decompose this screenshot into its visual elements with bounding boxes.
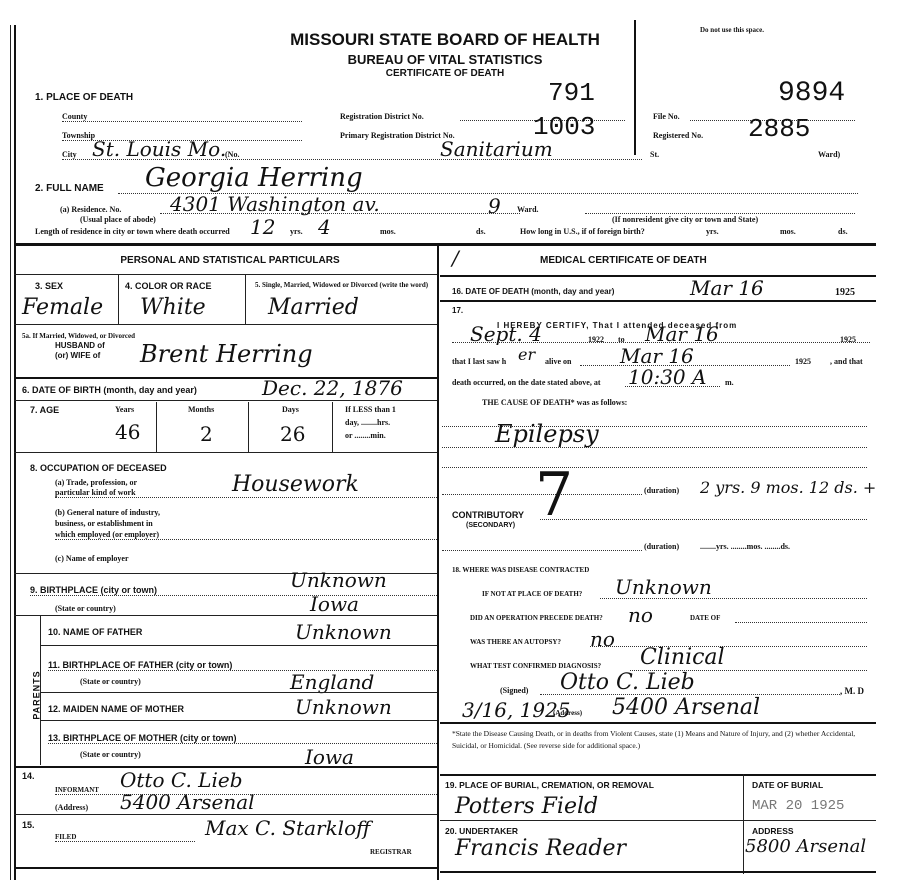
abode-note: (Usual place of abode) — [80, 215, 156, 224]
file-no-label: File No. — [653, 112, 680, 121]
footnote: *State the Disease Causing Death, or in … — [452, 728, 870, 752]
attended-from-year: 1922 — [588, 335, 604, 344]
reg-district-label: Registration District No. — [340, 112, 424, 121]
informant-address-value: 5400 Arsenal — [120, 790, 255, 814]
cause-value: Epilepsy — [495, 420, 599, 448]
operation-label: Did an operation precede death? — [470, 614, 603, 622]
rule — [40, 615, 41, 765]
rule — [440, 300, 876, 302]
dod-year: 1925 — [835, 287, 855, 298]
age-days-value: 26 — [280, 422, 305, 446]
full-name-label: 2. FULL NAME — [35, 183, 104, 194]
undertaker-address-label: ADDRESS — [752, 826, 794, 836]
last-saw-pronoun: er — [518, 345, 535, 364]
burial-date-label: DATE OF BURIAL — [752, 780, 823, 790]
mother-bp-label: 13. BIRTHPLACE OF MOTHER (city or town) — [48, 733, 237, 743]
full-name-value: Georgia Herring — [145, 163, 363, 193]
marital-value: Married — [268, 295, 359, 320]
attended-to: Mar 16 — [645, 322, 719, 346]
column-divider — [437, 246, 439, 880]
undertaker-label: 20. UNDERTAKER — [445, 826, 518, 836]
rule — [40, 720, 437, 721]
rule — [248, 402, 249, 452]
test-label: What test confirmed diagnosis? — [470, 662, 601, 670]
md-label: , M. D — [840, 686, 864, 696]
autopsy-label: Was there an autopsy? — [470, 638, 561, 646]
contracted-label: 18. Where was disease contracted — [452, 566, 589, 574]
burial-date-value: MAR 20 1925 — [752, 798, 844, 814]
yrs-label: yrs. — [290, 227, 303, 236]
dob-value: Dec. 22, 1876 — [262, 376, 403, 400]
not-at-place-label: if not at place of death? — [482, 590, 582, 598]
foreign-mos-label: mos. — [780, 227, 796, 236]
contributory-line — [540, 519, 867, 520]
ward-value: 9 — [488, 194, 501, 218]
dob-label: 6. DATE OF BIRTH (month, day and year) — [22, 385, 197, 395]
nonresident-line — [585, 213, 855, 214]
rule — [40, 692, 437, 693]
file-number-stamp: 9894 — [778, 78, 845, 109]
informant-value: Otto C. Lieb — [120, 768, 243, 792]
length-yrs-value: 12 — [250, 215, 275, 239]
left-border-inner — [10, 25, 11, 880]
and-that-label: , and that — [830, 357, 863, 366]
county-label: County — [62, 112, 87, 121]
check-mark: / — [452, 246, 459, 270]
attended-to-year: 1925 — [840, 335, 856, 344]
occ-b-label-3: which employed (or employer) — [55, 530, 159, 539]
age-years-value: 46 — [115, 420, 140, 444]
registered-no-value: 2885 — [748, 114, 810, 144]
time-value: 10:30 A — [628, 365, 706, 389]
rule — [14, 615, 437, 616]
rule — [440, 722, 876, 724]
personal-section-title: PERSONAL AND STATISTICAL PARTICULARS — [80, 255, 380, 266]
date-of-line — [735, 622, 867, 623]
do-not-use-note: Do not use this space. — [700, 26, 764, 34]
form-subtitle: BUREAU OF VITAL STATISTICS — [255, 52, 635, 67]
rule — [14, 324, 437, 325]
last-saw-label: that I last saw h — [452, 357, 506, 366]
primary-reg-label: Primary Registration District No. — [340, 131, 455, 140]
signed-label: (Signed) — [500, 686, 528, 695]
age-months-value: 2 — [200, 422, 213, 446]
mos-label: mos. — [380, 227, 396, 236]
race-label: 4. COLOR OR RACE — [125, 281, 212, 291]
institution-value: Sanitarium — [440, 137, 553, 161]
cause-line-3 — [442, 467, 867, 468]
months-label: Months — [188, 405, 214, 414]
father-bp-label: 11. BIRTHPLACE OF FATHER (city or town) — [48, 660, 232, 670]
signed-value: Otto C. Lieb — [560, 670, 695, 695]
mother-bp-state-label: (State or country) — [80, 750, 141, 759]
rule — [440, 774, 876, 776]
autopsy-value: no — [590, 627, 615, 651]
occ-a-label-2: particular kind of work — [55, 488, 136, 497]
occ-c-label: (c) Name of employer — [55, 554, 129, 563]
rule — [440, 275, 876, 277]
birthplace-city-value: Unknown — [290, 568, 387, 592]
occ-b-field: which employed (or employer) — [55, 530, 437, 540]
residence-label: (a) Residence. No. — [60, 205, 121, 214]
date-of-label: Date of — [690, 614, 720, 622]
undertaker-address-value: 5800 Arsenal — [745, 836, 866, 857]
age-label: 7. AGE — [30, 405, 59, 415]
sign-address-value: 5400 Arsenal — [612, 695, 760, 720]
ward-label: Ward) — [818, 150, 840, 159]
rule — [14, 274, 437, 275]
medical-section-title: MEDICAL CERTIFICATE OF DEATH — [540, 255, 707, 266]
race-value: White — [140, 295, 206, 320]
residence-value: 4301 Washington av. — [170, 192, 380, 216]
foreign-birth-label: How long in U.S., if of foreign birth? — [520, 227, 645, 236]
mother-value: Unknown — [295, 695, 392, 719]
spouse-label-3: (or) WIFE of — [55, 351, 100, 360]
less-label-2: day, ........hrs. — [345, 418, 390, 427]
occ-b-label-1: (b) General nature of industry, — [55, 508, 160, 517]
rule — [440, 820, 876, 821]
father-bp-field: 11. BIRTHPLACE OF FATHER (city or town) — [48, 660, 437, 671]
filed-label: Filed — [55, 833, 76, 841]
mother-bp-field: 13. BIRTHPLACE OF MOTHER (city or town) — [48, 733, 437, 744]
place-of-death-label: 1. PLACE OF DEATH — [35, 92, 133, 103]
spouse-label-1: 5a. If Married, Widowed, or Divorced — [22, 332, 135, 340]
rule — [156, 402, 157, 452]
father-bp-value: England — [290, 670, 374, 694]
to-label: to — [618, 335, 625, 344]
rule — [332, 402, 333, 452]
occupation-value: Housework — [232, 472, 359, 497]
duration-label: (duration) — [644, 486, 679, 495]
length-mos-value: 4 — [318, 215, 331, 239]
m-label: m. — [725, 378, 734, 387]
father-value: Unknown — [295, 620, 392, 644]
rule — [40, 645, 437, 646]
days-label: Days — [282, 405, 299, 414]
rule — [440, 871, 876, 873]
rule — [743, 774, 744, 874]
informant-label: Informant — [55, 786, 99, 794]
informant-no: 14. — [22, 771, 35, 781]
filed-field: Filed — [55, 833, 195, 842]
less-label-3: or ........min. — [345, 431, 386, 440]
cause-label: THE CAUSE OF DEATH* was as follows: — [482, 398, 627, 407]
less-label-1: If LESS than 1 — [345, 405, 396, 414]
years-label: Years — [115, 405, 134, 414]
sex-value: Female — [22, 295, 103, 320]
rule — [245, 274, 246, 324]
rule — [14, 400, 437, 401]
test-value: Clinical — [640, 645, 725, 670]
secondary-label: (SECONDARY) — [466, 522, 515, 529]
no-label: (No. — [225, 150, 239, 159]
burial-value: Potters Field — [455, 794, 598, 819]
mother-label: 12. MAIDEN NAME OF MOTHER — [48, 704, 184, 714]
township-label: Township — [62, 131, 95, 140]
dod-value: Mar 16 — [690, 276, 764, 300]
marital-label: 5. Single, Married, Widowed or Divorced … — [255, 281, 435, 290]
attended-from: Sept. 4 — [470, 322, 542, 346]
autopsy-line — [590, 646, 867, 647]
duration-2-blank: ........yrs. ........mos. ........ds. — [700, 542, 790, 551]
stamp-number-791: 791 — [548, 78, 595, 108]
duration-value: 2 yrs. 9 mos. 12 ds. + — [700, 478, 876, 497]
contracted-value: Unknown — [615, 575, 712, 599]
alive-on-label: alive on — [545, 357, 571, 366]
father-bp-state-label: (State or country) — [80, 677, 141, 686]
spouse-value: Brent Herring — [140, 340, 313, 368]
foreign-yrs-label: yrs. — [706, 227, 719, 236]
st-label: St. — [650, 150, 659, 159]
contributory-label: CONTRIBUTORY — [452, 510, 524, 520]
occ-a-label-1: (a) Trade, profession, or — [55, 478, 137, 487]
registered-no-label: Registered No. — [653, 131, 703, 140]
length-residence-label: Length of residence in city or town wher… — [35, 227, 230, 236]
rule — [118, 274, 119, 324]
occupation-label: 8. OCCUPATION OF DECEASED — [30, 463, 167, 473]
alive-on-year: 1925 — [795, 357, 811, 366]
occ-b-label-2: business, or establishment in — [55, 519, 153, 528]
rule — [14, 452, 437, 453]
ward-word-label: Ward. — [517, 205, 539, 214]
spouse-label-2: HUSBAND of — [55, 341, 105, 350]
city-value: St. Louis Mo. — [92, 137, 226, 161]
registrar-value: Max C. Starkloff — [205, 816, 370, 840]
form-title: MISSOURI STATE BOARD OF HEALTH — [255, 30, 635, 50]
registrar-label: Registrar — [370, 848, 412, 856]
sex-label: 3. SEX — [35, 281, 63, 291]
father-label: 10. NAME OF FATHER — [48, 627, 142, 637]
rule — [14, 867, 437, 869]
dod-label: 16. DATE OF DEATH (month, day and year) — [452, 287, 614, 296]
cert-no: 17. — [452, 306, 463, 315]
section-divider — [14, 243, 876, 246]
death-occurred-label: death occurred, on the date stated above… — [452, 378, 601, 387]
city-label: City — [62, 150, 77, 159]
foreign-ds-label: ds. — [838, 227, 848, 236]
undertaker-value: Francis Reader — [455, 836, 626, 861]
duration-label-2: (duration) — [644, 542, 679, 551]
filed-no: 15. — [22, 820, 35, 830]
operation-value: no — [628, 603, 653, 627]
header-divider — [634, 20, 636, 155]
nonresident-note: (If nonresident give city or town and St… — [612, 215, 758, 224]
sign-address-label: (Address) — [553, 709, 582, 717]
birthplace-label: 9. BIRTHPLACE (city or town) — [30, 585, 157, 595]
county-field: County — [62, 112, 302, 122]
birthplace-state-value: Iowa — [310, 592, 359, 616]
burial-label: 19. PLACE OF BURIAL, CREMATION, OR REMOV… — [445, 780, 654, 790]
contributory-line-2 — [442, 550, 642, 551]
ds-label: ds. — [476, 227, 486, 236]
rule — [14, 814, 437, 815]
informant-address-label: (Address) — [55, 803, 88, 812]
birthplace-state-label: (State or country) — [55, 604, 116, 613]
